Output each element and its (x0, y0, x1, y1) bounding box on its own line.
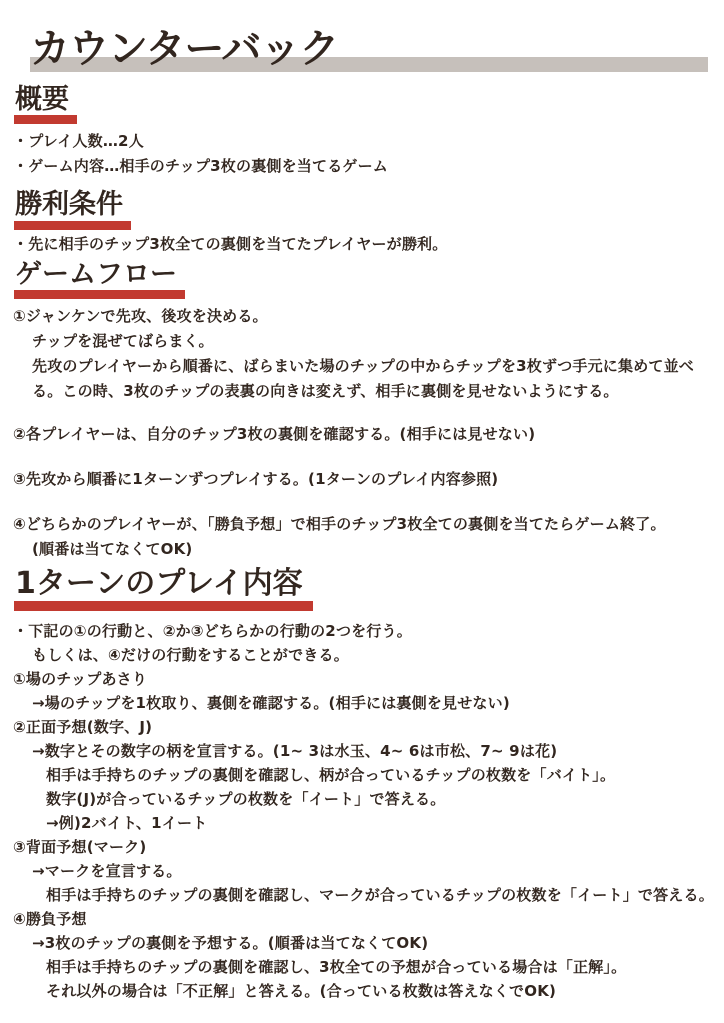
rule-line: ①場のチップあさり (0, 667, 724, 691)
rule-line: →場のチップを1枚取り、裏側を確認する。(相手には裏側を見せない) (0, 691, 724, 715)
title-block: カウンターバック (30, 28, 724, 72)
rule-line: る。この時、3枚のチップの表裏の向きは変えず、相手に裏側を見せないようにする。 (0, 379, 724, 404)
rule-line: ④どちらかのプレイヤーが、「勝負予想」で相手のチップ3枚全ての裏側を当てたらゲー… (0, 512, 724, 537)
rule-line: もしくは、④だけの行動をすることができる。 (0, 643, 724, 667)
rule-line: ・先に相手のチップ3枚全ての裏側を当てたプレイヤーが勝利。 (0, 232, 724, 257)
rule-line: ③背面予想(マーク) (0, 835, 724, 859)
rule-line: →3枚のチップの裏側を予想する。(順番は当てなくてOK) (0, 931, 724, 955)
rule-line: ・ゲーム内容…相手のチップ3枚の裏側を当てるゲーム (0, 154, 724, 179)
rule-line: ③先攻から順番に1ターンずつプレイする。(1ターンのプレイ内容参照) (0, 467, 724, 492)
rule-line: 数字(J)が合っているチップの枚数を「イート」で答える。 (0, 787, 724, 811)
rule-line: 相手は手持ちのチップの裏側を確認し、3枚全ての予想が合っている場合は「正解」。 (0, 955, 724, 979)
rule-line: ②各プレイヤーは、自分のチップ3枚の裏側を確認する。(相手には見せない) (0, 422, 724, 447)
rule-line: チップを混ぜてばらまく。 (0, 329, 724, 354)
rule-line: ②正面予想(数字、J) (0, 715, 724, 739)
page-title: カウンターバック (30, 28, 724, 70)
section-game-flow-body: ①ジャンケンで先攻、後攻を決める。 チップを混ぜてばらまく。 先攻のプレイヤーか… (0, 304, 724, 562)
section-heading-victory-condition: 勝利条件 (14, 191, 724, 229)
rule-line: →例)2バイト、1イート (0, 811, 724, 835)
section-heading-game-flow-label: ゲームフロー (14, 261, 185, 299)
section-turn-play-body: ・下記の①の行動と、②か③どちらかの行動の2つを行う。 もしくは、④だけの行動を… (0, 619, 724, 1003)
section-heading-game-flow: ゲームフロー (14, 261, 724, 299)
section-heading-overview: 概要 (14, 86, 724, 124)
rule-line: ①ジャンケンで先攻、後攻を決める。 (0, 304, 724, 329)
rule-line: ・プレイ人数…2人 (0, 129, 724, 154)
rule-line: 相手は手持ちのチップの裏側を確認し、マークが合っているチップの枚数を「イート」で… (0, 883, 724, 907)
rule-line: 先攻のプレイヤーから順番に、ばらまいた場のチップの中からチップを3枚ずつ手元に集… (0, 354, 724, 379)
rules-document-page: カウンターバック 概要 ・プレイ人数…2人 ・ゲーム内容…相手のチップ3枚の裏側… (0, 0, 724, 1023)
rule-line: それ以外の場合は「不正解」と答える。(合っている枚数は答えなくでOK) (0, 979, 724, 1003)
section-heading-turn-play: 1ターンのプレイ内容 (14, 568, 724, 611)
rule-line: →マークを宣言する。 (0, 859, 724, 883)
rule-line: ④勝負予想 (0, 907, 724, 931)
section-overview-body: ・プレイ人数…2人 ・ゲーム内容…相手のチップ3枚の裏側を当てるゲーム (0, 129, 724, 179)
rule-line: →数字とその数字の柄を宣言する。(1~ 3は水玉、4~ 6は市松、7~ 9は花) (0, 739, 724, 763)
rule-line: (順番は当てなくてOK) (0, 537, 724, 562)
section-heading-turn-play-label: 1ターンのプレイ内容 (14, 568, 313, 611)
section-heading-victory-condition-label: 勝利条件 (14, 191, 131, 229)
rule-line: 相手は手持ちのチップの裏側を確認し、柄が合っているチップの枚数を「バイト」。 (0, 763, 724, 787)
section-victory-body: ・先に相手のチップ3枚全ての裏側を当てたプレイヤーが勝利。 (0, 232, 724, 257)
rule-line: ・下記の①の行動と、②か③どちらかの行動の2つを行う。 (0, 619, 724, 643)
section-heading-overview-label: 概要 (14, 86, 77, 124)
